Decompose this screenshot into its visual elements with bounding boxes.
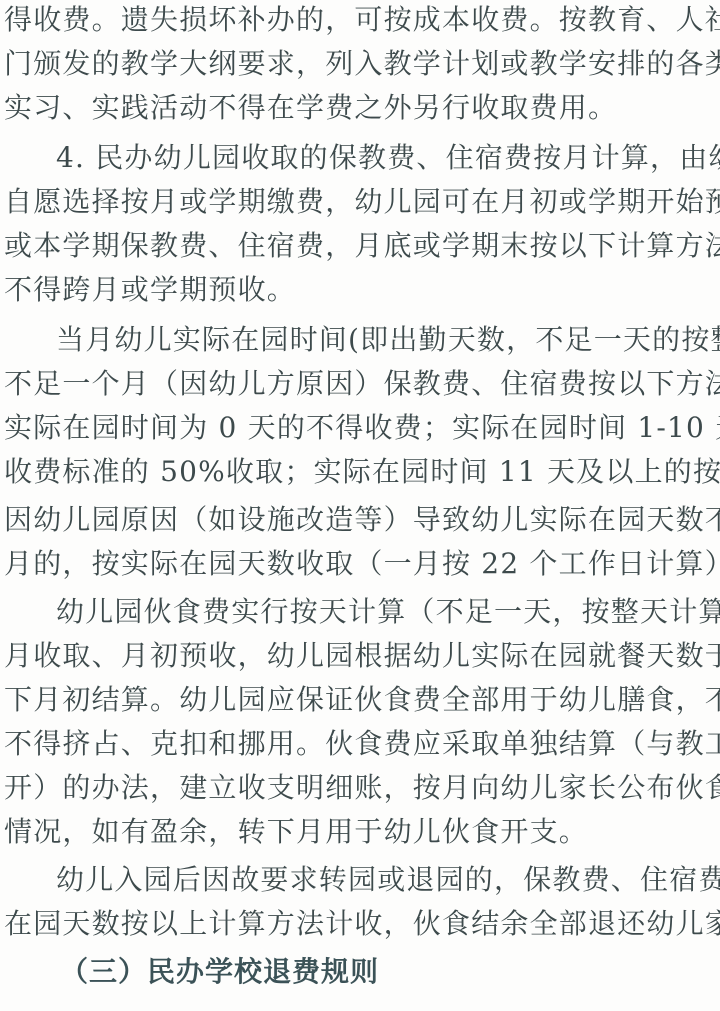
paragraph-line-3: 实习、实践活动不得在学费之外另行收取费用。 bbox=[4, 88, 720, 128]
meal-fee-line-6: 情况，如有盈余，转下月用于幼儿伙食开支。 bbox=[4, 812, 720, 852]
withdrawal-line-1: 幼儿入园后因故要求转园或退园的，保教费、住宿费以实际 bbox=[56, 860, 720, 900]
meal-fee-line-4: 不得挤占、克扣和挪用。伙食费应采取单独结算（与教工伙食分 bbox=[4, 724, 720, 764]
paragraph-4-line-2: 自愿选择按月或学期缴费，幼儿园可在月初或学期开始预收本月 bbox=[4, 182, 720, 222]
paragraph-line-2: 门颁发的教学大纲要求，列入教学计划或教学安排的各类教学或 bbox=[4, 44, 720, 84]
meal-fee-line-2: 月收取、月初预收，幼儿园根据幼儿实际在园就餐天数于月底或 bbox=[4, 636, 720, 676]
withdrawal-line-2: 在园天数按以上计算方法计收，伙食结余全部退还幼儿家长。 bbox=[4, 904, 720, 944]
attendance-rule-line-2: 不足一个月（因幼儿方原因）保教费、住宿费按以下方法计收： bbox=[4, 364, 720, 404]
meal-fee-line-5: 开）的办法，建立收支明细账，按月向幼儿家长公布伙食费收支 bbox=[4, 768, 720, 808]
attendance-rule-line-6: 月的，按实际在园天数收取（一月按 22 个工作日计算）。 bbox=[4, 544, 720, 584]
section-heading: （三）民办学校退费规则 bbox=[60, 952, 720, 992]
attendance-rule-line-3: 实际在园时间为 0 天的不得收费；实际在园时间 1-10 天的，按月 bbox=[4, 408, 720, 448]
document-page: 得收费。遗失损坏补办的，可按成本收费。按教育、人社行政部 门颁发的教学大纲要求，… bbox=[0, 0, 720, 1011]
meal-fee-line-3: 下月初结算。幼儿园应保证伙食费全部用于幼儿膳食，不得营利， bbox=[4, 680, 720, 720]
paragraph-4-line-3: 或本学期保教费、住宿费，月底或学期末按以下计算方法结算， bbox=[4, 226, 720, 266]
meal-fee-line-1: 幼儿园伙食费实行按天计算（不足一天，按整天计算）、按 bbox=[56, 592, 720, 632]
attendance-rule-line-5: 因幼儿园原因（如设施改造等）导致幼儿实际在园天数不足一个 bbox=[4, 500, 720, 540]
attendance-rule-line-1: 当月幼儿实际在园时间(即出勤天数，不足一天的按整天计算) bbox=[56, 320, 720, 360]
paragraph-line-1: 得收费。遗失损坏补办的，可按成本收费。按教育、人社行政部 bbox=[4, 0, 720, 40]
attendance-rule-line-4: 收费标准的 50%收取；实际在园时间 11 天及以上的按整月计收。 bbox=[4, 452, 720, 492]
paragraph-4-line-1: 4. 民办幼儿园收取的保教费、住宿费按月计算，由幼儿家长 bbox=[56, 138, 720, 178]
paragraph-4-line-4: 不得跨月或学期预收。 bbox=[4, 270, 720, 310]
